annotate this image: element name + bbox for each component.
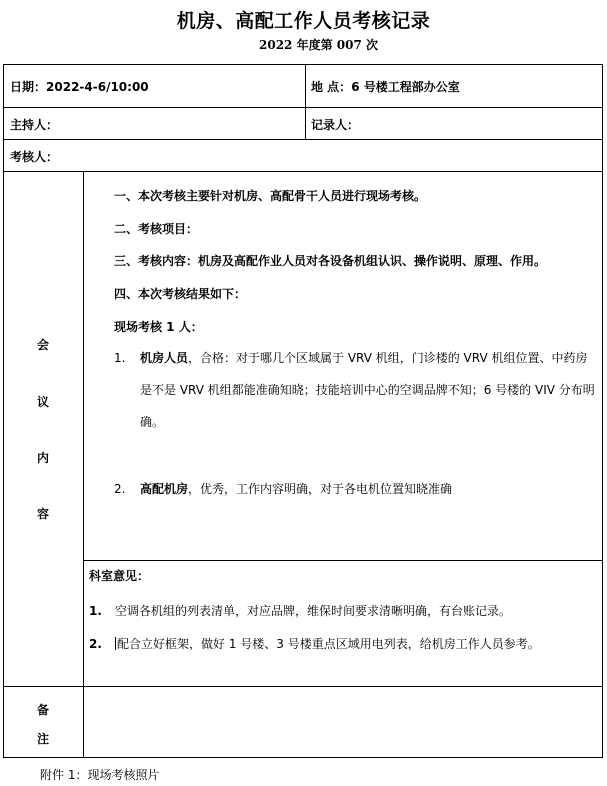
meeting-line: 三、考核内容：机房及高配作业人员对各设备机组认识、操作说明、原理、作用。 bbox=[114, 252, 546, 269]
meeting-line: 二、考核项目： bbox=[114, 220, 198, 237]
row-divider bbox=[3, 139, 603, 140]
opinion-item: 1.空调各机组的列表清单，对应品牌，维保时间要求清晰明确，有台账记录。 bbox=[89, 602, 511, 619]
recorder-label: 记录人： bbox=[311, 118, 359, 132]
meeting-side-label-char: 议 bbox=[3, 393, 83, 410]
item-role: 机房人员 bbox=[140, 351, 188, 365]
opinion-item: 2.配合立好框架，做好 1 号楼、3 号楼重点区域用电列表，给机房工作人员参考。 bbox=[89, 635, 540, 652]
recorder-field: 记录人： bbox=[311, 116, 359, 133]
item-number: 2. bbox=[114, 482, 140, 496]
examiner-field: 考核人： bbox=[10, 148, 58, 165]
item-number: 1. bbox=[114, 351, 140, 365]
result-item-continuation: 是不是 VRV 机组都能准确知晓；技能培训中心的空调品牌不知；6 号楼的 VIV… bbox=[140, 381, 595, 398]
row-divider bbox=[83, 560, 603, 561]
item-role: 高配机房 bbox=[140, 482, 188, 496]
row-divider bbox=[3, 107, 603, 108]
row-divider bbox=[3, 686, 603, 687]
col-divider bbox=[305, 64, 306, 140]
result-item: 1.机房人员，合格：对于哪几个区域属于 VRV 机组，门诊楼的 VRV 机组位置… bbox=[114, 349, 587, 366]
attachment-note: 附件 1：现场考核照片 bbox=[40, 766, 159, 783]
meeting-line: 一、本次考核主要针对机房、高配骨干人员进行现场考核。 bbox=[114, 187, 426, 204]
meeting-side-label-char: 内 bbox=[3, 449, 83, 466]
examiner-label: 考核人： bbox=[10, 150, 58, 164]
document-subtitle: 2022 年度第 007 次 bbox=[0, 36, 607, 53]
opinion-heading: 科室意见： bbox=[89, 567, 149, 584]
result-item: 2.高配机房，优秀，工作内容明确，对于各电机位置知晓准确 bbox=[114, 480, 452, 497]
host-field: 主持人： bbox=[10, 116, 58, 133]
onsite-heading: 现场考核 1 人： bbox=[114, 318, 203, 335]
date-value: 2022-4-6/10:00 bbox=[46, 80, 149, 94]
location-label: 地 点： bbox=[311, 80, 351, 94]
row-divider bbox=[3, 171, 603, 172]
item-number: 2. bbox=[89, 637, 115, 651]
text-cursor bbox=[115, 637, 116, 650]
meeting-side-label-char: 容 bbox=[3, 505, 83, 522]
location-value: 6 号楼工程部办公室 bbox=[351, 80, 460, 94]
item-text: 配合立好框架，做好 1 号楼、3 号楼重点区域用电列表，给机房工作人员参考。 bbox=[117, 637, 540, 651]
host-label: 主持人： bbox=[10, 118, 58, 132]
document-title: 机房、高配工作人员考核记录 bbox=[0, 6, 607, 33]
col-divider bbox=[83, 171, 84, 758]
result-item-continuation: 确。 bbox=[140, 413, 164, 430]
meeting-line: 四、本次考核结果如下： bbox=[114, 285, 246, 302]
remarks-side-label-char: 注 bbox=[3, 730, 83, 747]
location-field: 地 点：6 号楼工程部办公室 bbox=[311, 78, 460, 95]
item-text: ，合格：对于哪几个区域属于 VRV 机组，门诊楼的 VRV 机组位置、中药房 bbox=[188, 351, 587, 365]
date-field: 日期：2022-4-6/10:00 bbox=[10, 78, 149, 95]
item-text: ，优秀，工作内容明确，对于各电机位置知晓准确 bbox=[188, 482, 452, 496]
item-number: 1. bbox=[89, 604, 115, 618]
item-text: 空调各机组的列表清单，对应品牌，维保时间要求清晰明确，有台账记录。 bbox=[115, 604, 511, 618]
remarks-side-label-char: 备 bbox=[3, 701, 83, 718]
record-table bbox=[3, 64, 603, 758]
meeting-side-label-char: 会 bbox=[3, 336, 83, 353]
date-label: 日期： bbox=[10, 80, 46, 94]
